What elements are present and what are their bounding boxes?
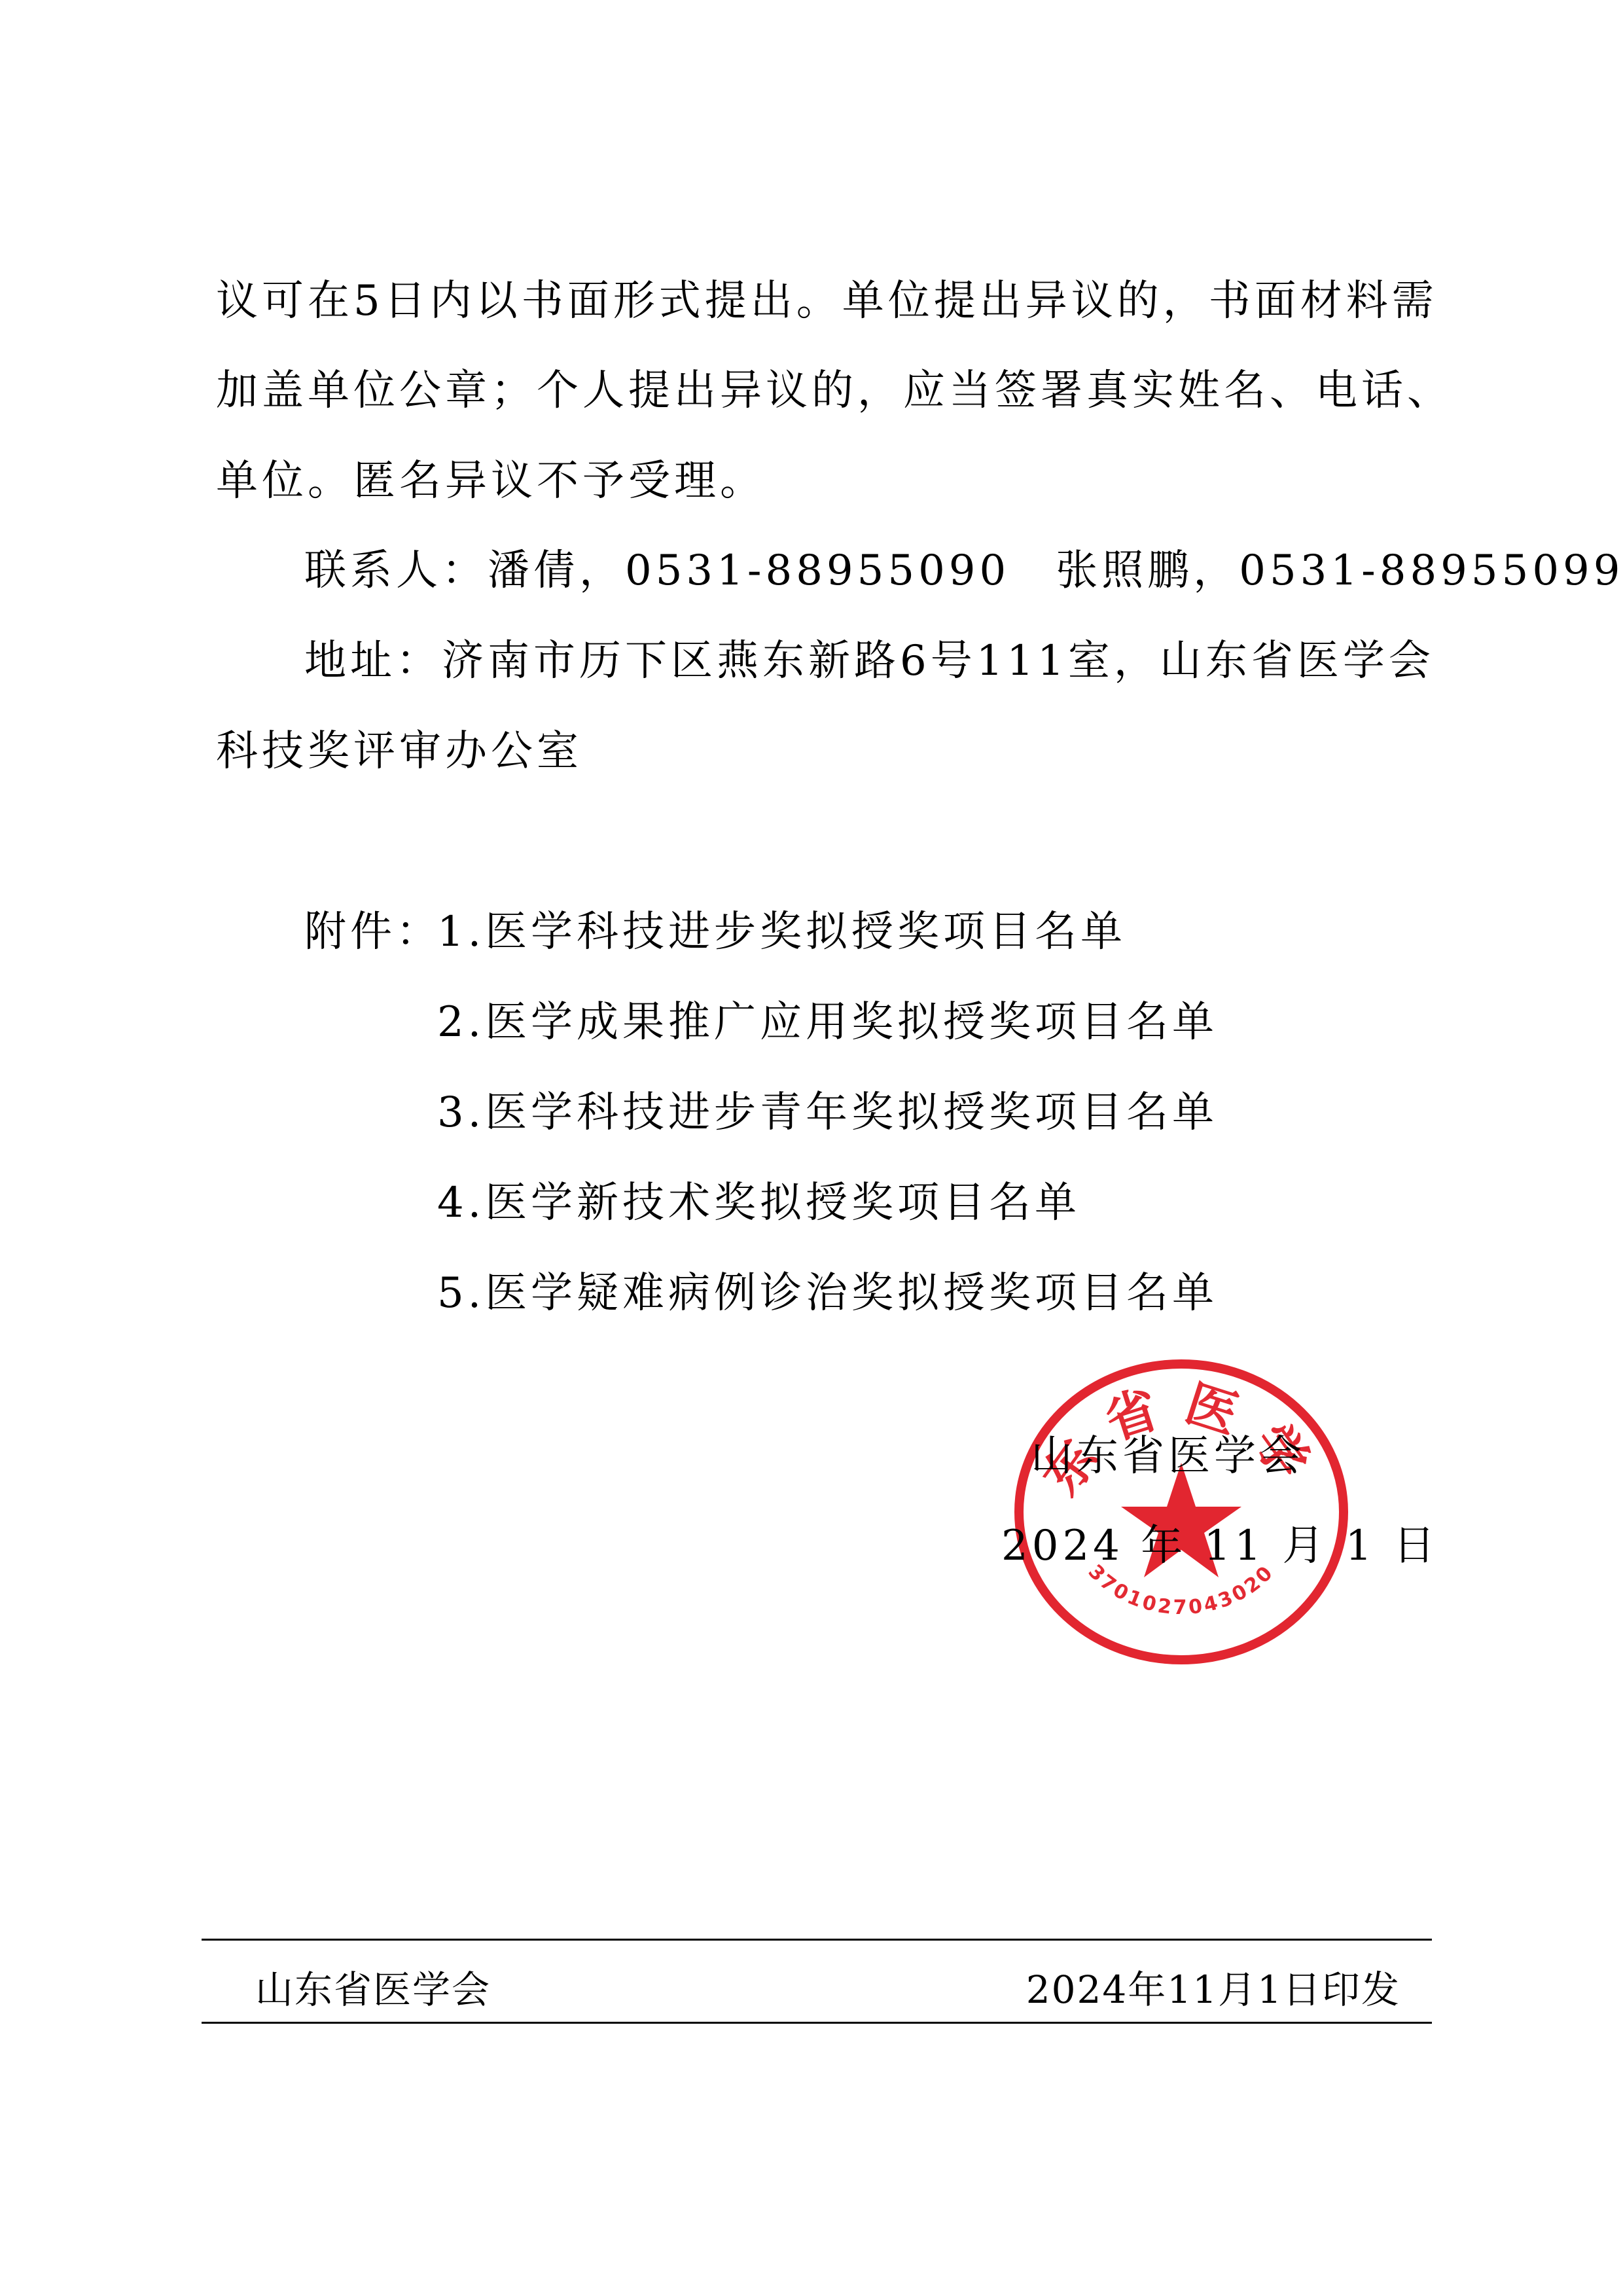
official-seal: 山东省医学会 3701027043020 [1008, 1355, 1355, 1669]
attachment-item: 4.医学新技术奖拟授奖项目名单 [437, 1177, 1080, 1229]
footer-bottom-rule [202, 2022, 1432, 2024]
address-line-1: 地址：济南市历下区燕东新路6号111室，山东省医学会 [304, 635, 1400, 687]
attachment-item: 3.医学科技进步青年奖拟授奖项目名单 [437, 1086, 1218, 1139]
attachment-item: 1.医学科技进步奖拟授奖项目名单 [437, 906, 1126, 958]
footer-issue-date: 2024年11月1日印发 [1026, 1967, 1400, 2013]
body-line-3: 单位。匿名异议不予受理。 [216, 455, 766, 507]
footer-top-rule [202, 1939, 1432, 1941]
address-line-2: 科技奖评审办公室 [216, 725, 582, 778]
body-line-1: 议可在5日内以书面形式提出。单位提出异议的，书面材料需 [216, 275, 1400, 327]
attachment-item: 2.医学成果推广应用奖拟授奖项目名单 [437, 996, 1218, 1049]
contacts-line: 联系人：潘倩，0531-88955090 张照鹏，0531-88955099 [304, 545, 1400, 597]
footer-issuer: 山东省医学会 [255, 1967, 491, 2013]
signature-organization: 山东省医学会 [1031, 1430, 1306, 1482]
attachments-label: 附件： [304, 906, 442, 958]
signature-date: 2024 年 11 月 1 日 [1001, 1520, 1439, 1572]
attachment-item: 5.医学疑难病例诊治奖拟授奖项目名单 [437, 1267, 1218, 1319]
seal-stamp-icon: 山东省医学会 3701027043020 [1008, 1355, 1355, 1669]
body-line-2: 加盖单位公章；个人提出异议的，应当签署真实姓名、电话、 [216, 365, 1400, 417]
